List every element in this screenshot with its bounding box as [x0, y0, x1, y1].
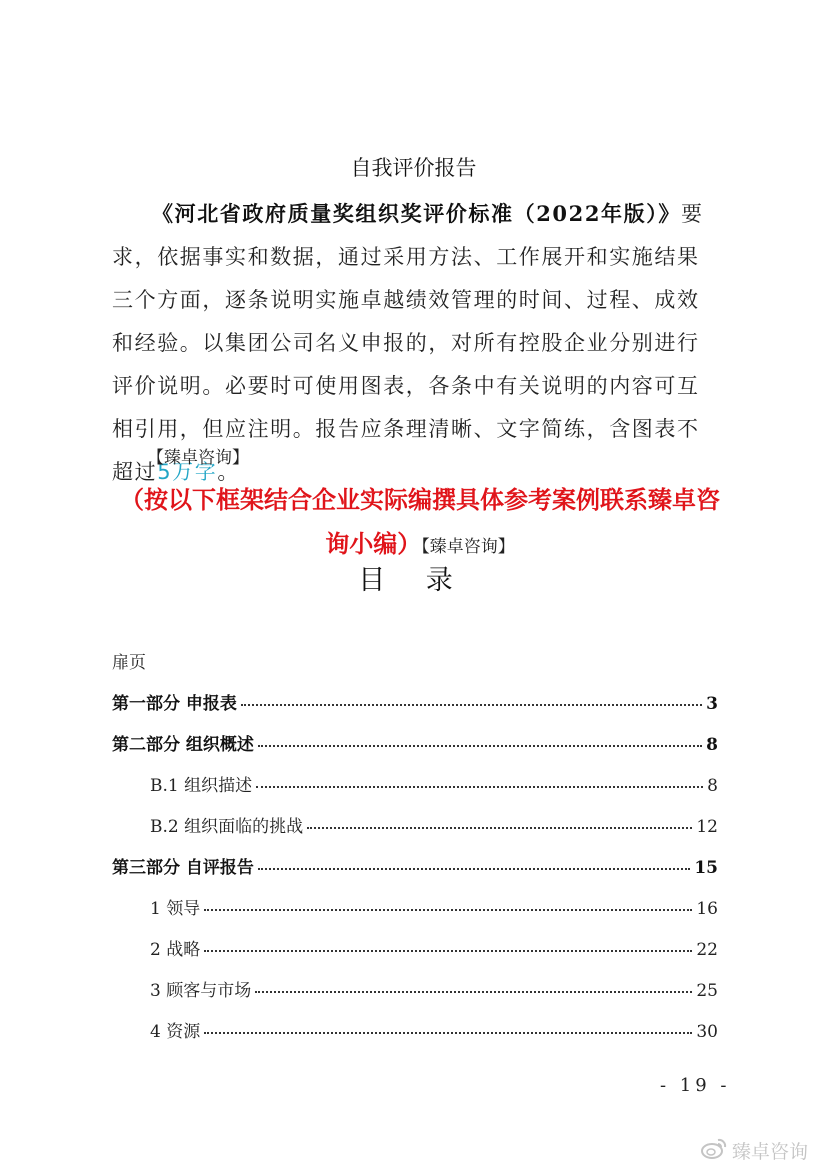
toc-page: 12: [696, 817, 718, 837]
toc-label: 第二部分 组织概述: [112, 730, 254, 755]
toc-label: B.1 组织描述: [150, 771, 252, 796]
dot-leader: [204, 909, 692, 911]
toc-item-part2[interactable]: 第二部分 组织概述8: [112, 730, 718, 771]
toc-label: B.2 组织面临的挑战: [150, 812, 303, 837]
toc-item-resources[interactable]: 4 资源30: [112, 1017, 718, 1058]
toc-page: 3: [706, 694, 718, 714]
toc-item-b2[interactable]: B.2 组织面临的挑战12: [112, 812, 718, 853]
toc-item-part1[interactable]: 第一部分 申报表3: [112, 689, 718, 730]
toc-page: 22: [696, 940, 718, 960]
toc-label: 第一部分 申报表: [112, 689, 237, 714]
dot-leader: [204, 1032, 692, 1034]
toc-item-strategy[interactable]: 2 战略22: [112, 935, 718, 976]
toc-item-leadership[interactable]: 1 领导16: [112, 894, 718, 935]
dot-leader: [258, 868, 690, 870]
dot-leader: [307, 827, 692, 829]
toc-title: 目 录: [0, 558, 827, 597]
dot-leader: [256, 786, 703, 788]
toc-page: 8: [706, 735, 718, 755]
dot-leader: [241, 704, 702, 706]
weibo-icon: [700, 1136, 728, 1165]
toc-label: 第三部分 自评报告: [112, 853, 254, 878]
watermark: 臻卓咨询: [700, 1136, 808, 1165]
dot-leader: [204, 950, 692, 952]
toc-label: 3 顾客与市场: [150, 976, 251, 1001]
toc-item-b1[interactable]: B.1 组织描述8: [112, 771, 718, 812]
toc-page: 16: [696, 899, 718, 919]
toc-label: 2 战略: [150, 935, 200, 960]
toc-item-part3[interactable]: 第三部分 自评报告15: [112, 853, 718, 894]
table-of-contents: 扉页 第一部分 申报表3 第二部分 组织概述8 B.1 组织描述8 B.2 组织…: [112, 648, 718, 1058]
red-note: （按以下框架结合企业实际编撰具体参考案例联系臻卓咨询小编）【臻卓咨询】: [120, 478, 720, 569]
page-number: - 19 -: [660, 1075, 731, 1096]
dot-leader: [258, 745, 702, 747]
toc-label: 1 领导: [150, 894, 200, 919]
toc-page: 30: [696, 1022, 718, 1042]
brand-tag-2: 【臻卓咨询】: [421, 537, 515, 557]
toc-label: 扉页: [112, 648, 146, 673]
page-title: 自我评价报告: [0, 152, 827, 182]
toc-page: 8: [707, 776, 718, 796]
intro-body: 要求，依据事实和数据，通过采用方法、工作展开和实施结果三个方面，逐条说明实施卓越…: [112, 202, 704, 484]
watermark-text: 臻卓咨询: [732, 1137, 808, 1164]
standard-name: 《河北省政府质量奖组织奖评价标准（2022年版）》: [152, 201, 681, 226]
toc-label: 4 资源: [150, 1017, 200, 1042]
red-note-text: （按以下框架结合企业实际编撰具体参考案例联系臻卓咨询小编）: [120, 486, 720, 558]
toc-item-cover[interactable]: 扉页: [112, 648, 718, 689]
toc-page: 15: [694, 858, 718, 878]
toc-page: 25: [696, 981, 718, 1001]
toc-item-customers[interactable]: 3 顾客与市场25: [112, 976, 718, 1017]
dot-leader: [255, 991, 692, 993]
brand-tag: 【臻卓咨询】: [147, 443, 249, 468]
